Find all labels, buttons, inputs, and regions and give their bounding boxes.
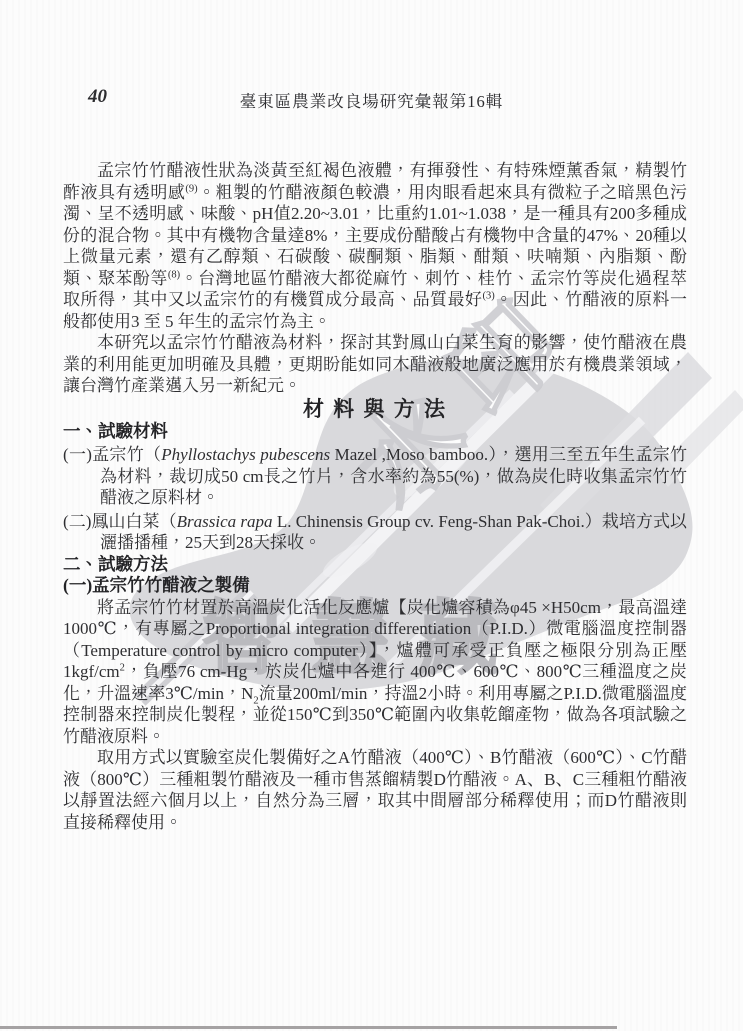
text-segment: (二)鳳山白菜（ [63, 512, 177, 531]
scan-edge-line [0, 1026, 617, 1029]
text-segment: 取用方式以實驗室炭化製備好之A竹醋液（400℃）、B竹醋液（600℃）、C竹醋液… [63, 748, 687, 832]
page-header: 40 臺東區農業改良場研究彙報第16輯 [0, 86, 743, 110]
subsection-heading-materials: 一、試驗材料 [63, 421, 687, 443]
text-segment: Brassica rapa [177, 512, 273, 531]
text-segment: (3) [482, 290, 494, 301]
list-item-pak-choi: (二)鳳山白菜（Brassica rapa L. Chinensis Group… [63, 511, 687, 554]
paragraph-intro-1: 孟宗竹竹醋液性狀為淡黃至紅褐色液體，有揮發性、有特殊煙薰香氣，精製竹酢液具有透明… [63, 160, 687, 332]
list-item-moso-bamboo: (一)孟宗竹（Phyllostachys pubescens Mazel ,Mo… [63, 444, 687, 509]
text-segment: (8) [168, 269, 180, 280]
scanned-document-page: 水印 智慧藏 40 臺東區農業改良場研究彙報第16輯 孟宗竹竹醋液性狀為淡黃至紅… [0, 0, 743, 1031]
subsubsection-heading-vinegar-preparation: (一)孟宗竹竹醋液之製備 [63, 575, 687, 597]
text-segment: 本研究以孟宗竹竹醋液為材料，探討其對鳳山白菜生育的影響，使竹醋液在農業的利用能更… [63, 333, 687, 395]
page-body: 孟宗竹竹醋液性狀為淡黃至紅褐色液體，有揮發性、有特殊煙薰香氣，精製竹酢液具有透明… [63, 160, 687, 833]
text-segment: (一)孟宗竹（ [63, 445, 161, 464]
text-segment: (9) [185, 183, 197, 194]
paragraph-method-2: 取用方式以實驗室炭化製備好之A竹醋液（400℃）、B竹醋液（600℃）、C竹醋液… [63, 747, 687, 833]
running-header-title: 臺東區農業改良場研究彙報第16輯 [0, 88, 743, 112]
section-title-materials-methods: 材 料 與 方 法 [63, 397, 687, 421]
paragraph-method-1: 將孟宗竹竹材置於高溫炭化活化反應爐【炭化爐容積為φ45 ×H50cm，最高溫達1… [63, 597, 687, 748]
subsection-heading-methods: 二、試驗方法 [63, 554, 687, 576]
paragraph-intro-2: 本研究以孟宗竹竹醋液為材料，探討其對鳳山白菜生育的影響，使竹醋液在農業的利用能更… [63, 332, 687, 397]
text-segment: Phyllostachys pubescens [161, 445, 330, 464]
